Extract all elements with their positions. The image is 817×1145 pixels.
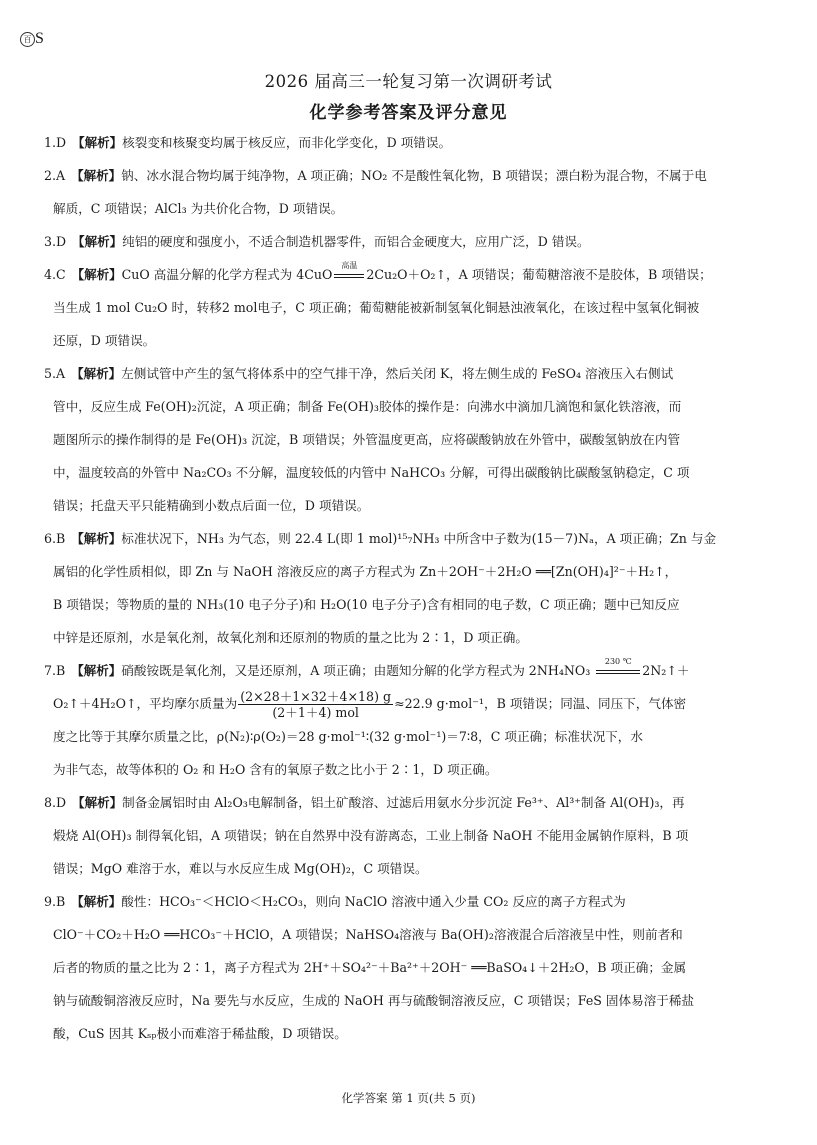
answer-number: 4.C: [44, 258, 66, 291]
analysis-tag: 【解析】: [71, 366, 121, 381]
answer-text: ≈22.9 g·mol⁻¹，B 项错误；同温、同压下，气体密: [394, 696, 686, 711]
analysis-tag: 【解析】: [71, 894, 121, 909]
answer-text: 2Cu₂O＋O₂↑，A 项错误；葡萄糖溶液不是胶体，B 项错误；: [366, 267, 711, 282]
fraction-numerator: (2×28＋1×32＋4×18) g: [238, 689, 393, 705]
answer-text: O₂↑＋4H₂O↑，平均摩尔质量为: [53, 696, 237, 711]
answer-text: 钠、冰水混合物均属于纯净物，A 项正确；NO₂ 不是酸性氧化物，B 项错误；漂白…: [121, 168, 707, 183]
molar-mass-fraction: (2×28＋1×32＋4×18) g(2＋1＋4) mol: [238, 689, 393, 720]
answer-text: CuO 高温分解的化学方程式为 4CuO: [122, 267, 333, 282]
answer-text: ClO⁻＋CO₂＋H₂O ══HCO₃⁻＋HClO，A 项错误；NaHSO₄溶液…: [44, 918, 784, 951]
answer-number: 3.D: [44, 225, 66, 258]
answer-text: 钠与硫酸铜溶液反应时，Na 要先与水反应，生成的 NaOH 再与硫酸铜溶液反应，…: [44, 984, 784, 1017]
answer-text: 度之比等于其摩尔质量之比，ρ(N₂)∶ρ(O₂)＝28 g·mol⁻¹∶(32 …: [44, 720, 784, 753]
answer-text: B 项错误；等物质的量的 NH₃(10 电子分子)和 H₂O(10 电子分子)含…: [44, 588, 784, 621]
answer-number: 1.D: [44, 126, 66, 159]
answer-text: 还原，D 项错误。: [44, 324, 784, 357]
answer-number: 5.A: [44, 357, 65, 390]
fraction-denominator: (2＋1＋4) mol: [238, 705, 393, 720]
document-subtitle: 化学参考答案及评分意见: [0, 98, 817, 123]
answer-number: 6.B: [44, 522, 65, 555]
answer-item-2: 2.A【解析】钠、冰水混合物均属于纯净物，A 项正确；NO₂ 不是酸性氧化物，B…: [44, 159, 784, 225]
reaction-equals-sign: 230 ℃: [596, 667, 640, 677]
answer-text: 属铝的化学性质相似，即 Zn 与 NaOH 溶液反应的离子方程式为 Zn＋2OH…: [44, 555, 784, 588]
reaction-equals-sign: 高温: [334, 271, 364, 281]
answer-item-9: 9.B【解析】酸性：HCO₃⁻＜HClO＜H₂CO₃，则向 NaClO 溶液中通…: [44, 885, 784, 1050]
answer-text: 错误；托盘天平只能精确到小数点后面一位，D 项错误。: [44, 489, 784, 522]
reaction-condition: 230 ℃: [596, 657, 640, 666]
answer-number: 7.B: [44, 654, 65, 687]
answer-item-6: 6.B【解析】标准状况下，NH₃ 为气态，则 22.4 L(即 1 mol)¹⁵…: [44, 522, 784, 654]
analysis-tag: 【解析】: [72, 234, 122, 249]
reaction-condition: 高温: [334, 261, 364, 270]
answer-text: 解质，C 项错误；AlCl₃ 为共价化合物，D 项错误。: [44, 192, 784, 225]
analysis-tag: 【解析】: [72, 267, 122, 282]
answer-number: 2.A: [44, 159, 65, 192]
logo-circle-icon: 百: [20, 32, 35, 47]
answer-item-8: 8.D【解析】制备金属铝时由 Al₂O₃电解制备，铝土矿酸溶、过滤后用氨水分步沉…: [44, 786, 784, 885]
answer-item-4: 4.C【解析】CuO 高温分解的化学方程式为 4CuO高温2Cu₂O＋O₂↑，A…: [44, 258, 784, 357]
answer-text: 错误；MgO 难溶于水，难以与水反应生成 Mg(OH)₂，C 项错误。: [44, 852, 784, 885]
analysis-tag: 【解析】: [71, 531, 121, 546]
answer-text: 为非气态，故等体积的 O₂ 和 H₂O 含有的氧原子数之比小于 2∶1，D 项正…: [44, 753, 784, 786]
page-footer: 化学答案 第 1 页(共 5 页): [0, 1090, 817, 1106]
answer-text: 纯铝的硬度和强度小，不适合制造机器零件，而铝合金硬度大，应用广泛，D 错误。: [122, 234, 589, 249]
answer-text: 制备金属铝时由 Al₂O₃电解制备，铝土矿酸溶、过滤后用氨水分步沉淀 Fe³⁺、…: [122, 795, 684, 810]
answer-number: 9.B: [44, 885, 65, 918]
answer-text: 硝酸铵既是氧化剂，又是还原剂，A 项正确；由题知分解的化学方程式为 2NH₄NO…: [121, 663, 594, 678]
answer-text: 2N₂↑＋: [642, 663, 689, 678]
logo-letter: S: [35, 30, 44, 48]
analysis-tag: 【解析】: [71, 168, 121, 183]
answer-text: 中，温度较高的外管中 Na₂CO₃ 不分解，温度较低的内管中 NaHCO₃ 分解…: [44, 456, 784, 489]
exam-title: 2026 届高三一轮复习第一次调研考试: [0, 68, 817, 92]
answer-item-5: 5.A【解析】左侧试管中产生的氢气将体系中的空气排干净，然后关闭 K，将左侧生成…: [44, 357, 784, 522]
answer-number: 8.D: [44, 786, 66, 819]
answer-item-1: 1.D【解析】核裂变和核聚变均属于核反应，而非化学变化，D 项错误。: [44, 126, 784, 159]
answer-text: 当生成 1 mol Cu₂O 时，转移2 mol电子，C 项正确；葡萄糖能被新制…: [44, 291, 784, 324]
answer-text: 管中，反应生成 Fe(OH)₂沉淀，A 项正确；制备 Fe(OH)₃胶体的操作是…: [44, 390, 784, 423]
analysis-tag: 【解析】: [72, 135, 122, 150]
publisher-logo: 百 S: [20, 30, 44, 48]
analysis-tag: 【解析】: [72, 795, 122, 810]
answer-item-7: 7.B【解析】硝酸铵既是氧化剂，又是还原剂，A 项正确；由题知分解的化学方程式为…: [44, 654, 784, 786]
answer-item-3: 3.D【解析】纯铝的硬度和强度小，不适合制造机器零件，而铝合金硬度大，应用广泛，…: [44, 225, 784, 258]
analysis-tag: 【解析】: [71, 663, 121, 678]
answer-text: 题图所示的操作制得的是 Fe(OH)₃ 沉淀，B 项错误；外管温度更高，应将碳酸…: [44, 423, 784, 456]
answer-text: 煅烧 Al(OH)₃ 制得氧化铝，A 项错误；钠在自然界中没有游离态，工业上制备…: [44, 819, 784, 852]
answer-text: 后者的物质的量之比为 2∶1，离子方程式为 2H⁺＋SO₄²⁻＋Ba²⁺＋2OH…: [44, 951, 784, 984]
answer-text: 酸，CuS 因其 Kₛₚ极小而难溶于稀盐酸，D 项错误。: [44, 1017, 784, 1050]
answer-list: 1.D【解析】核裂变和核聚变均属于核反应，而非化学变化，D 项错误。 2.A【解…: [44, 126, 784, 1050]
answer-text: 左侧试管中产生的氢气将体系中的空气排干净，然后关闭 K，将左侧生成的 FeSO₄…: [121, 366, 673, 381]
answer-text: 核裂变和核聚变均属于核反应，而非化学变化，D 项错误。: [122, 135, 451, 150]
answer-text: 标准状况下，NH₃ 为气态，则 22.4 L(即 1 mol)¹⁵₇NH₃ 中所…: [121, 531, 716, 546]
answer-text: 酸性：HCO₃⁻＜HClO＜H₂CO₃，则向 NaClO 溶液中通入少量 CO₂…: [121, 894, 625, 909]
answer-text: 中锌是还原剂，水是氧化剂，故氧化剂和还原剂的物质的量之比为 2∶1，D 项正确。: [44, 621, 784, 654]
